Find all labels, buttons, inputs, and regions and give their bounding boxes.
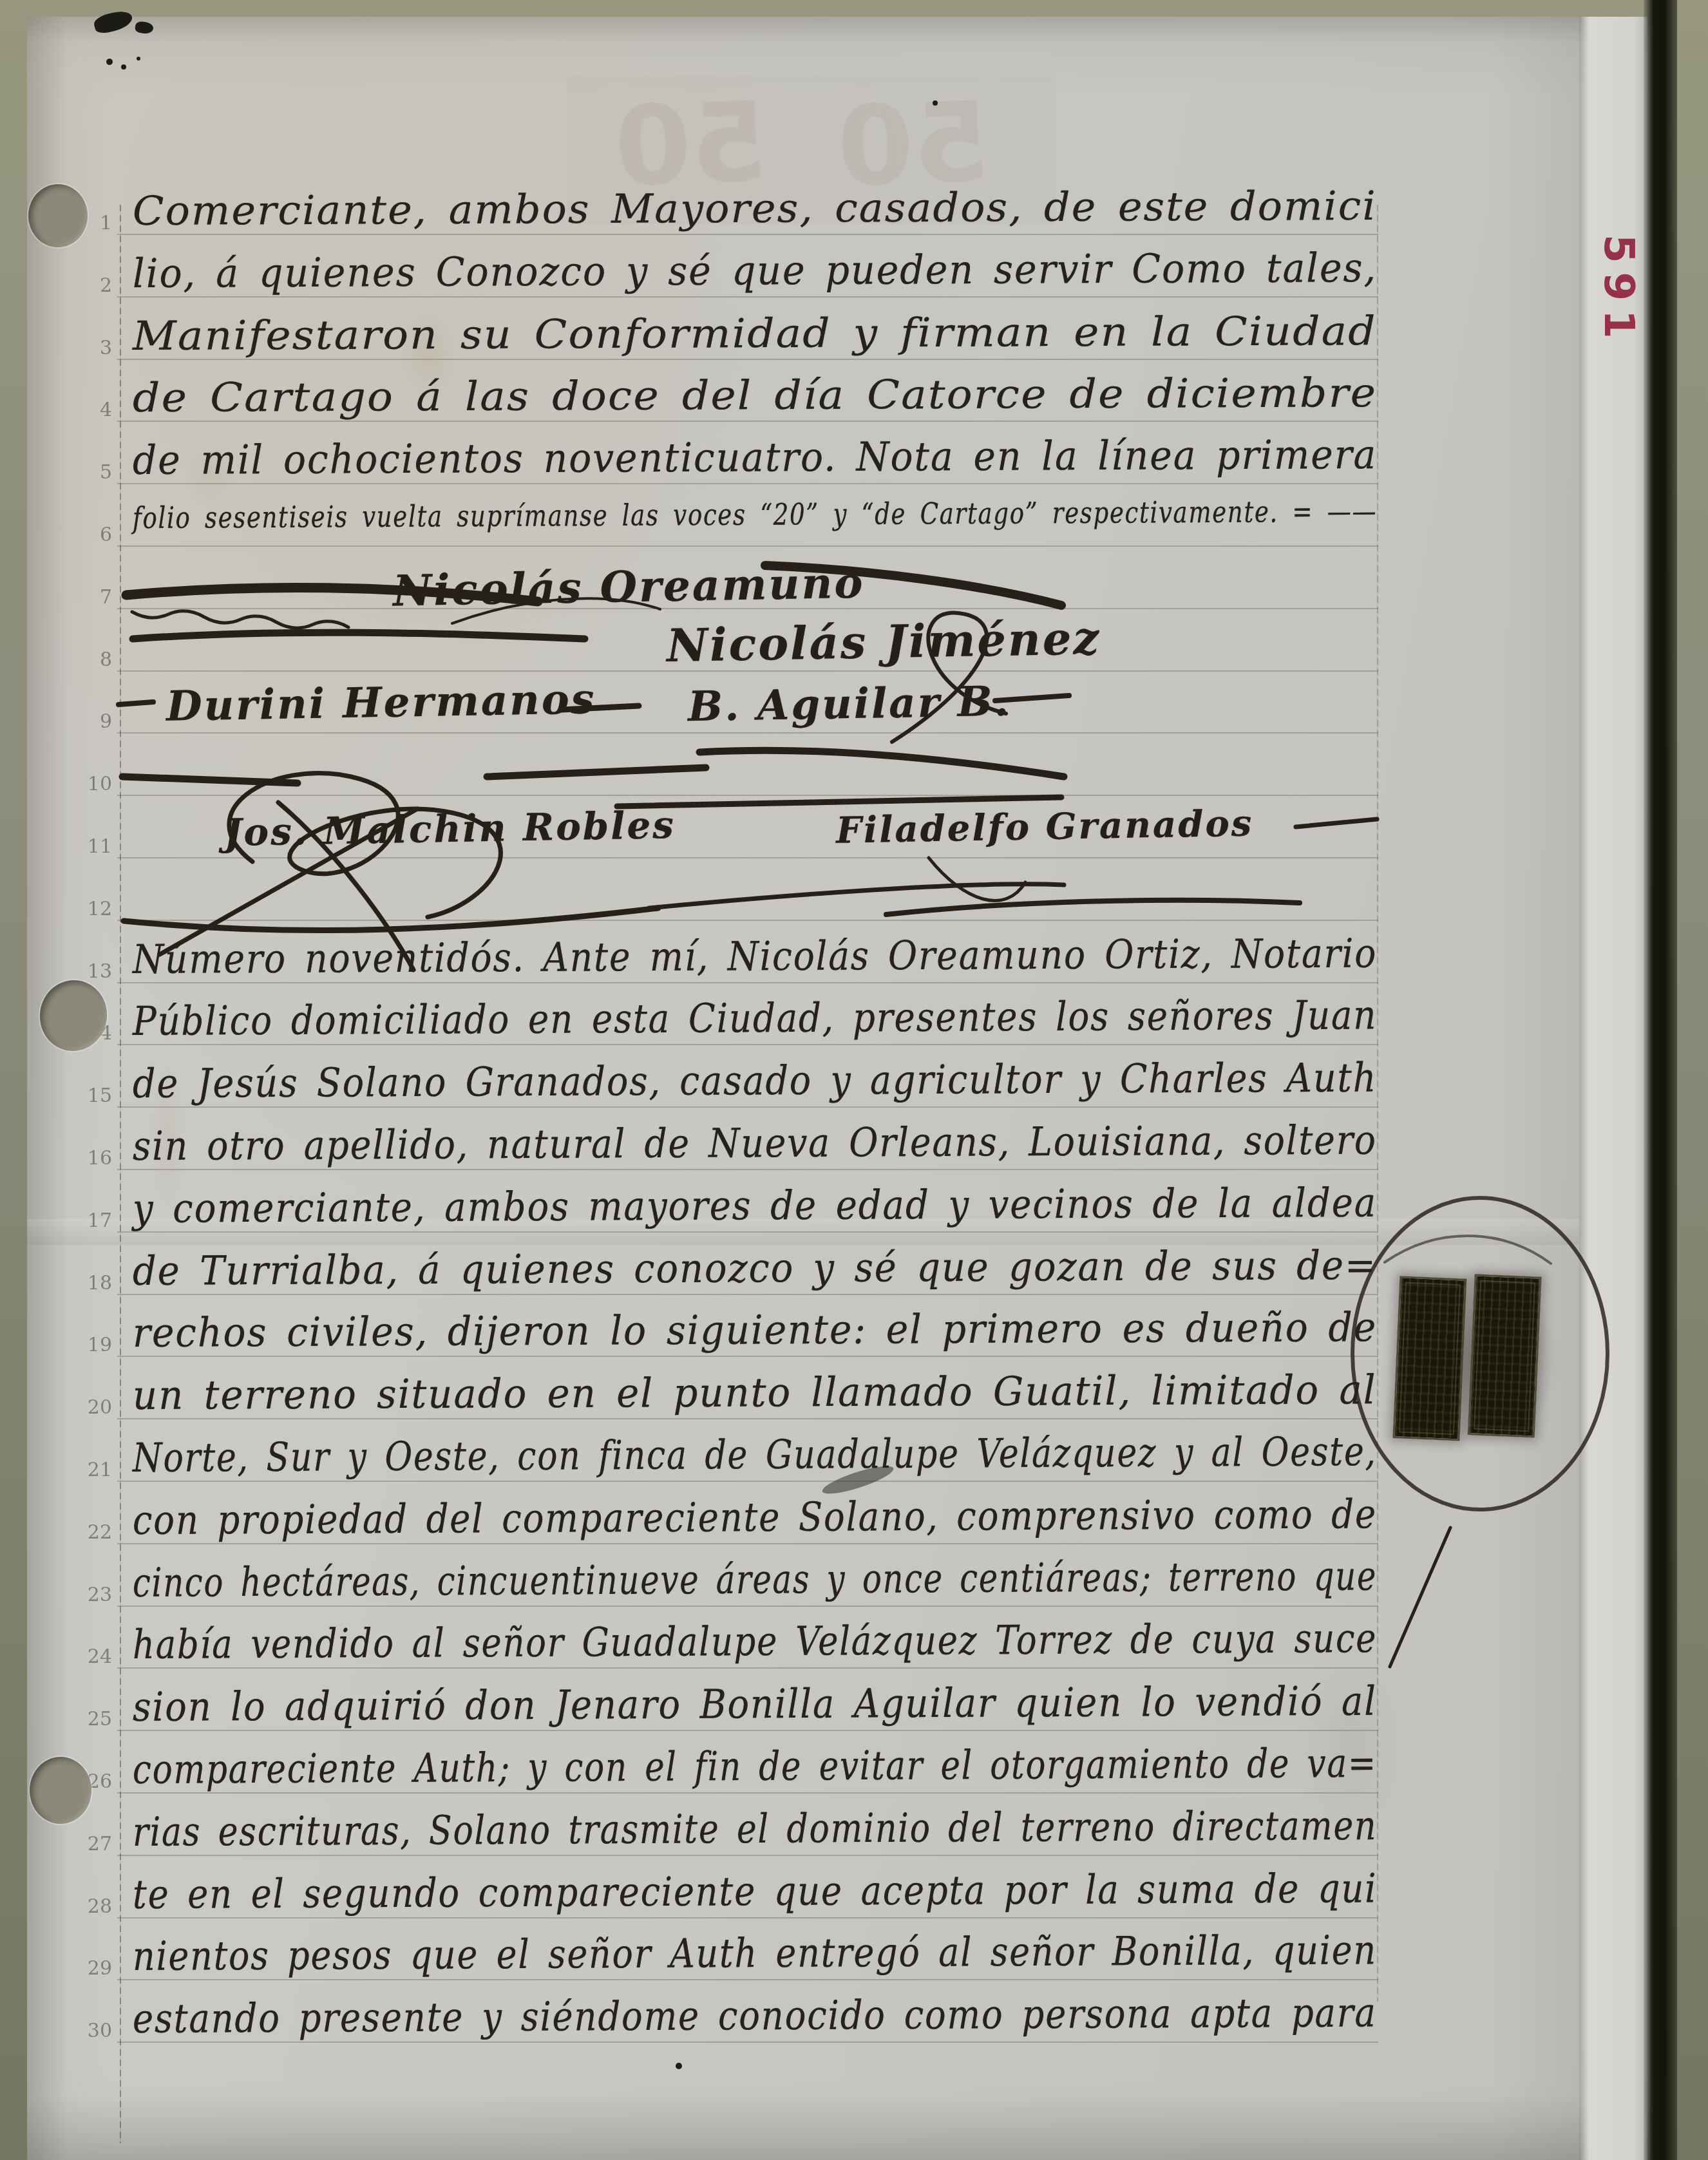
pen-bar — [487, 768, 706, 777]
pen-bar — [122, 777, 298, 783]
pen-arc — [452, 598, 660, 623]
scanned-document-page: { "document": { "language": "Spanish", "… — [0, 0, 1708, 2160]
margin-slash — [1390, 1528, 1450, 1667]
signature-flourish — [929, 858, 1025, 900]
pen-bar — [699, 750, 1064, 777]
pen-squiggle — [132, 611, 348, 628]
pen-bar — [765, 565, 1061, 605]
ink-smear — [820, 1461, 896, 1499]
pen-bar — [126, 588, 538, 602]
ink-flourish-layer — [0, 0, 1708, 2160]
pen-dash — [1296, 819, 1377, 827]
pen-bar — [124, 908, 658, 931]
red-folio-number: 591 — [1595, 234, 1642, 348]
stamp-cancel-arc — [1385, 1236, 1551, 1264]
signature-flourish — [278, 802, 413, 970]
pen-dash — [119, 702, 153, 705]
pen-bar — [886, 900, 1300, 914]
stamp-cancel-oval — [1352, 1198, 1608, 1510]
pen-dash — [562, 706, 639, 710]
pen-bar — [617, 797, 1061, 806]
punch-hole — [30, 1757, 91, 1824]
pen-dash — [995, 696, 1069, 701]
ink-specks — [106, 57, 938, 2069]
pen-bar — [133, 632, 585, 639]
signature-flourish — [892, 613, 1006, 742]
punch-hole — [28, 184, 88, 247]
